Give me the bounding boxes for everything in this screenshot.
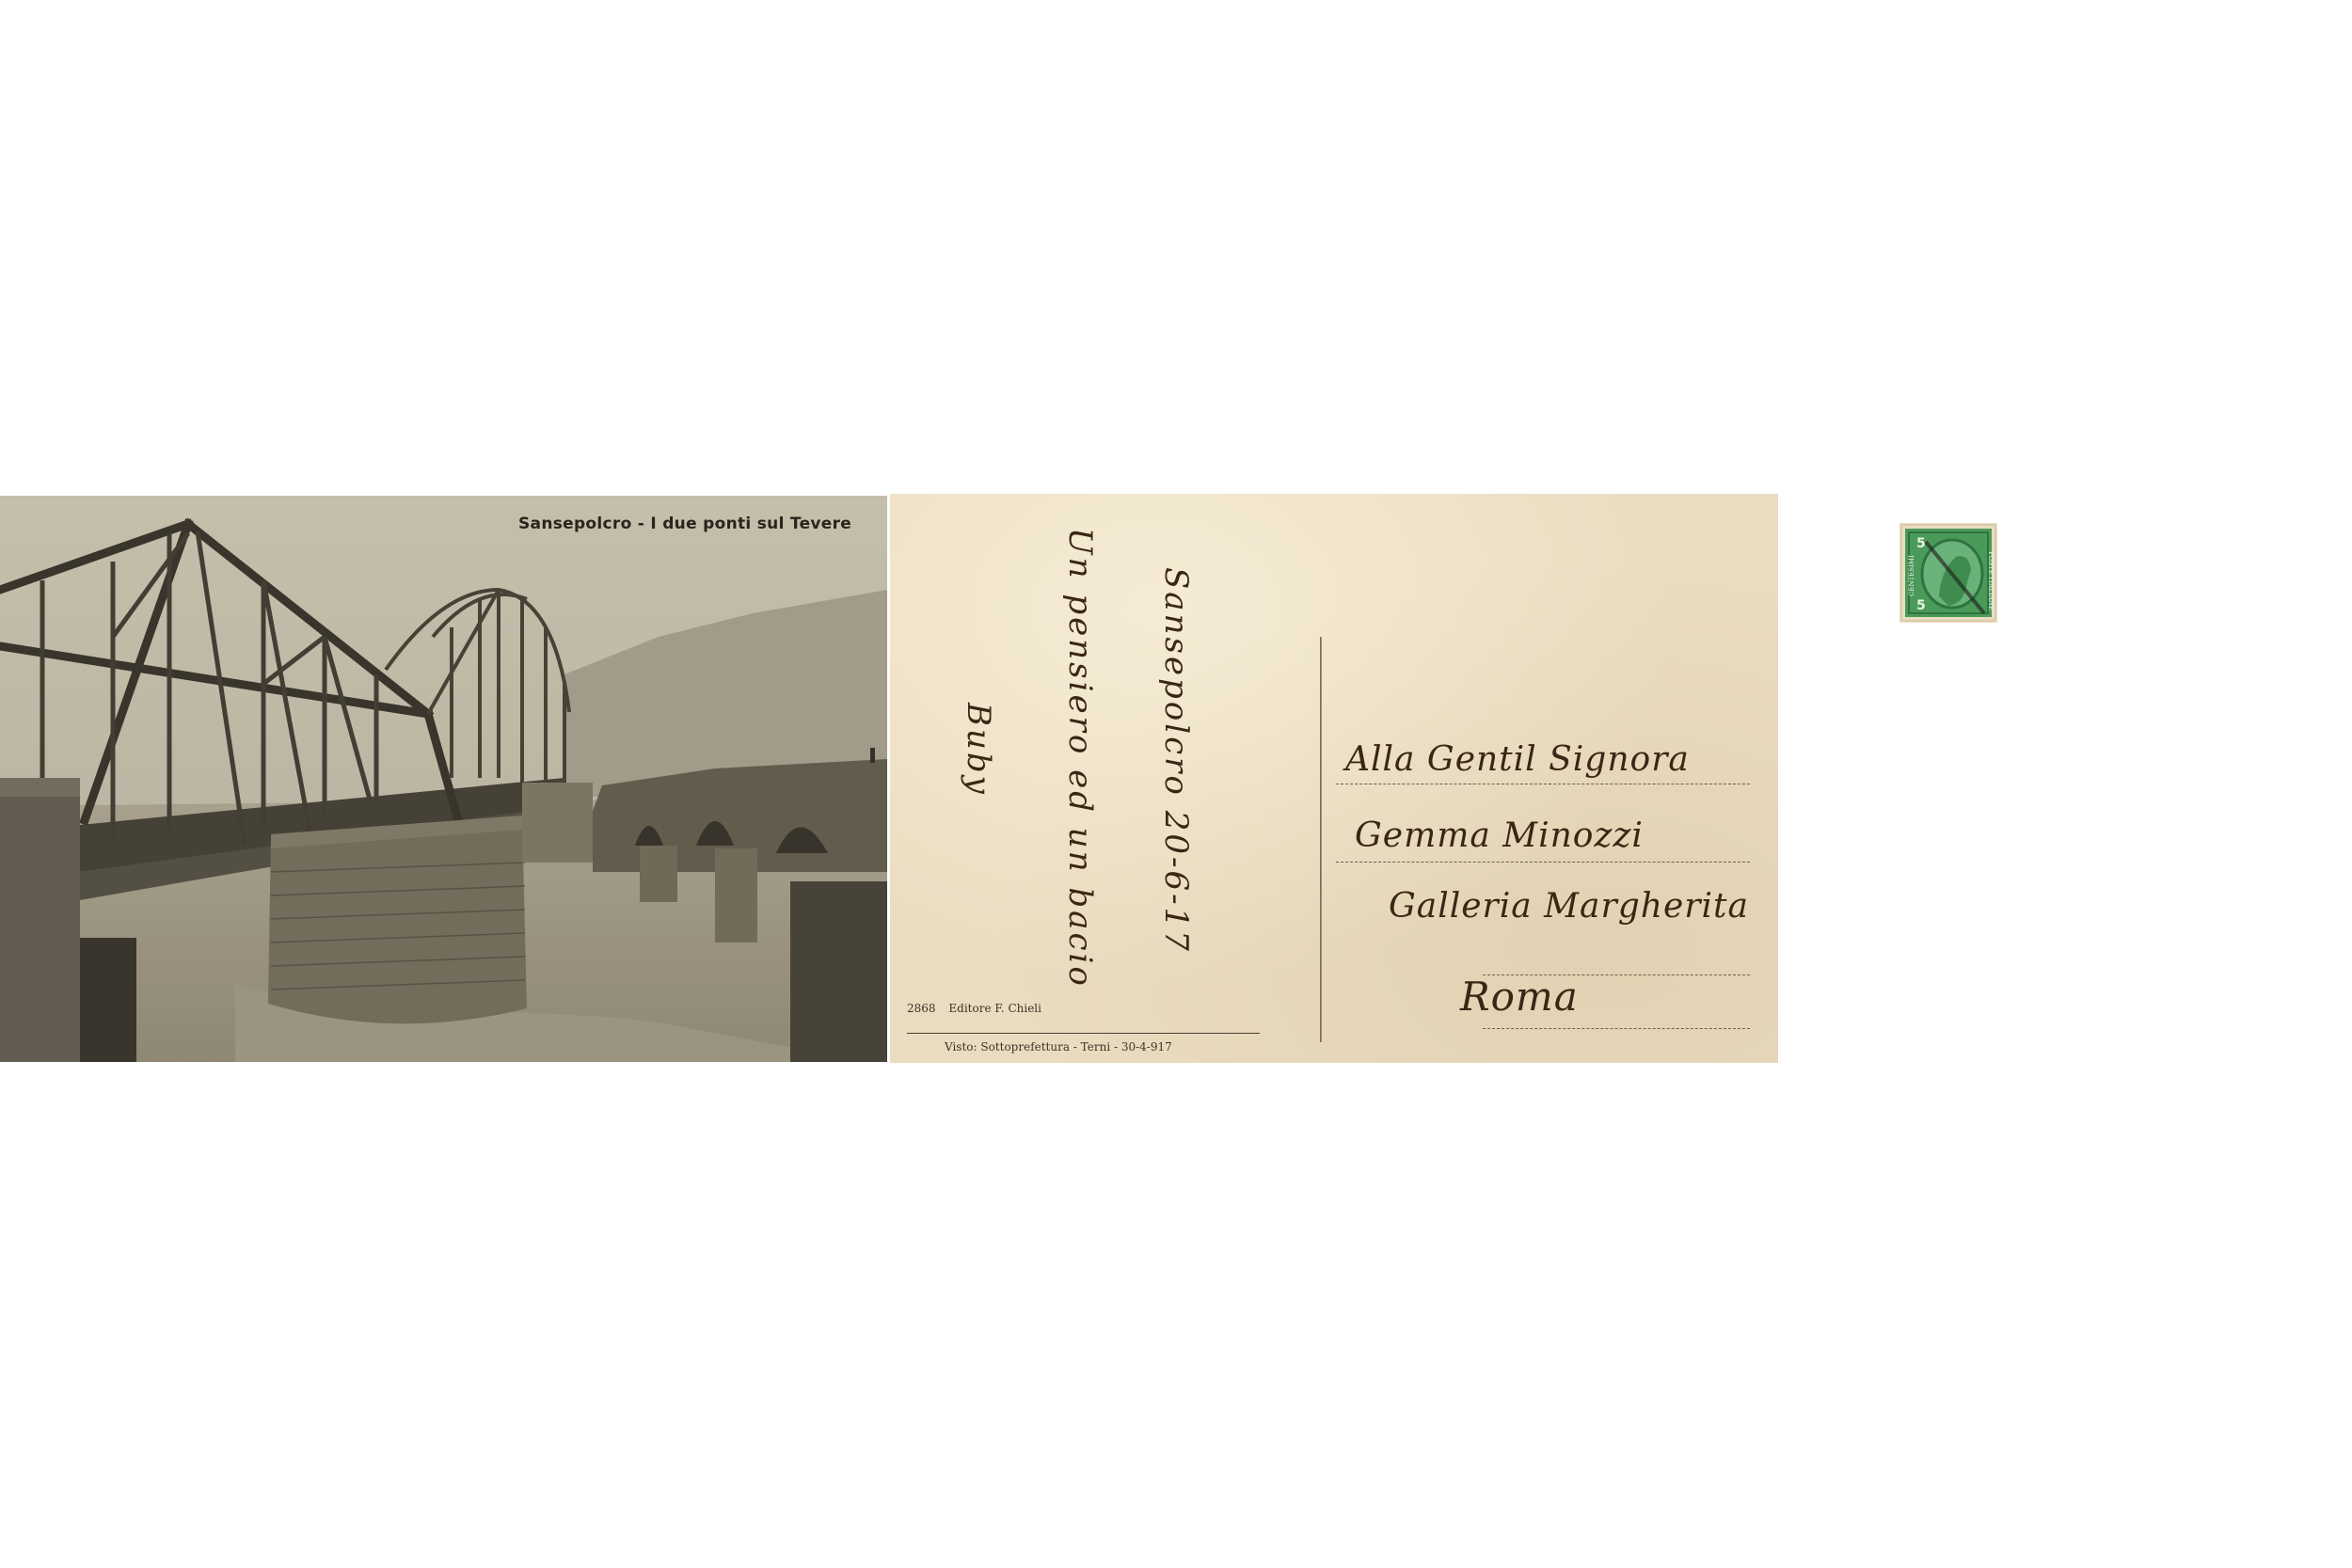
postage-stamp-art: 5 5 POSTE ITALIANE CENTESIMI [1899, 523, 1997, 623]
stamp-denomination-bottom: 5 [1916, 598, 1926, 613]
message-signature: Buby [960, 703, 997, 797]
message-text: Un pensiero ed un bacio [1061, 528, 1099, 989]
address-line-4: Roma [1460, 974, 1579, 1020]
stamp-country: POSTE ITALIANE [1987, 551, 1994, 610]
address-line-2: Gemma Minozzi [1355, 816, 1644, 855]
address-rule-2 [1336, 862, 1750, 863]
bridge-photograph [0, 496, 887, 1062]
address-rule-4 [1483, 1028, 1750, 1029]
censor-visa: Visto: Sottoprefettura - Terni - 30-4-91… [945, 1040, 1172, 1053]
publisher-number: 2868 [907, 1002, 936, 1015]
postcard-back: Sansepolcro 20-6-17 Un pensiero ed un ba… [890, 494, 1778, 1063]
vertical-divider [1320, 637, 1322, 1042]
stamp-unit: CENTESIMI [1908, 555, 1915, 596]
address-rule-1 [1336, 784, 1750, 784]
publisher-info: 2868 Editore F. Chieli [907, 1002, 1041, 1015]
address-line-3: Galleria Margherita [1389, 887, 1749, 926]
message-place-date: Sansepolcro 20-6-17 [1157, 567, 1195, 954]
address-line-1: Alla Gentil Signora [1345, 740, 1690, 779]
king-portrait-stamp-icon: 5 5 POSTE ITALIANE CENTESIMI [1899, 523, 1997, 623]
stamp-denomination-top: 5 [1916, 536, 1926, 551]
publisher-name: Editore F. Chieli [948, 1002, 1041, 1015]
visa-rule [907, 1033, 1260, 1034]
photo-caption: Sansepolcro - I due ponti sul Tevere [518, 515, 851, 533]
postcard-front: Sansepolcro - I due ponti sul Tevere [0, 496, 887, 1062]
